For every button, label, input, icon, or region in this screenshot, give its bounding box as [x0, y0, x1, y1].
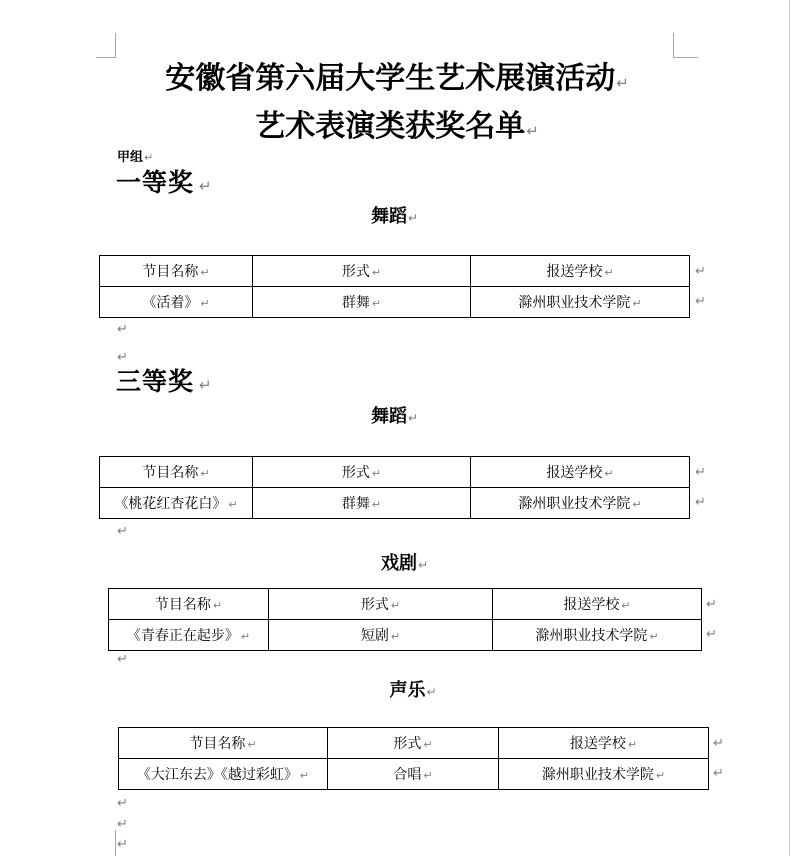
paragraph-mark: ↵: [241, 630, 250, 643]
cell-text: 群舞: [342, 296, 370, 311]
empty-paragraph-mark: ↵: [117, 322, 128, 336]
paragraph-mark: ↵: [628, 738, 637, 751]
paragraph-mark: ↵: [200, 266, 209, 279]
row-end-mark: ↵: [695, 495, 706, 509]
award-table-vocal-third-prize: 节目名称↵ 形式↵ 报送学校↵ 《大江东去》《越过彩虹》↵ 合唱↵ 滁州职业技术…: [118, 727, 709, 790]
category-heading-drama: 戏剧↵: [108, 553, 701, 575]
paragraph-mark: ↵: [372, 498, 381, 511]
document-title-line-1: 安徽省第六届大学生艺术展演活动↵: [115, 57, 679, 105]
table-header-cell: 形式↵: [253, 256, 471, 287]
table-cell: 合唱↵: [328, 759, 499, 790]
cell-text: 滁州职业技术学院: [518, 296, 630, 311]
cell-text: 《桃花红杏花白》: [114, 497, 226, 512]
table-cell: 滁州职业技术学院↵: [471, 287, 690, 318]
category-heading-text: 戏剧: [381, 553, 417, 573]
empty-paragraph-mark: ↵: [117, 837, 128, 851]
table-header-cell: 报送学校↵: [471, 457, 690, 488]
header-cell-text: 形式: [361, 598, 389, 613]
table-row: 《活着》↵ 群舞↵ 滁州职业技术学院↵: [100, 287, 690, 318]
table-header-cell: 节目名称↵: [109, 589, 269, 620]
empty-paragraph-mark: ↵: [117, 817, 128, 831]
page-edge-line: [789, 0, 790, 856]
paragraph-mark: ↵: [247, 738, 256, 751]
group-label: 甲组↵: [117, 149, 153, 165]
table-cell: 滁州职业技术学院↵: [471, 488, 690, 519]
category-heading-dance: 舞蹈↵: [99, 406, 690, 428]
paragraph-mark: ↵: [526, 122, 539, 140]
paragraph-mark: ↵: [604, 467, 613, 480]
row-end-mark: ↵: [706, 597, 717, 611]
table-cell: 《活着》↵: [100, 287, 253, 318]
award-heading-first-prize: 一等奖↵: [116, 170, 212, 200]
paragraph-mark: ↵: [372, 297, 381, 310]
table-cell: 滁州职业技术学院↵: [499, 759, 709, 790]
award-heading-third-prize: 三等奖↵: [116, 369, 212, 399]
empty-paragraph-mark: ↵: [117, 796, 128, 810]
table-header-cell: 节目名称↵: [100, 457, 253, 488]
cell-text: 《青春正在起步》: [127, 629, 239, 644]
category-heading-dance: 舞蹈↵: [99, 206, 690, 228]
category-heading-text: 舞蹈: [371, 206, 407, 226]
table-cell: 滁州职业技术学院↵: [493, 620, 702, 651]
empty-paragraph-mark: ↵: [117, 524, 128, 538]
header-cell-text: 报送学校: [563, 598, 619, 613]
award-label-text: 一等奖: [116, 169, 194, 197]
award-table-drama-third-prize: 节目名称↵ 形式↵ 报送学校↵ 《青春正在起步》↵ 短剧↵ 滁州职业技术学院↵: [108, 588, 702, 651]
table-row: 《桃花红杏花白》↵ 群舞↵ 滁州职业技术学院↵: [100, 488, 690, 519]
header-cell-text: 节目名称: [155, 598, 211, 613]
paragraph-mark: ↵: [423, 738, 432, 751]
table-row: 《青春正在起步》↵ 短剧↵ 滁州职业技术学院↵: [109, 620, 702, 651]
table-header-row: 节目名称↵ 形式↵ 报送学校↵: [100, 457, 690, 488]
paragraph-mark: ↵: [621, 599, 630, 612]
group-label-text: 甲组: [117, 149, 143, 164]
header-cell-text: 报送学校: [546, 265, 602, 280]
category-heading-vocal: 声乐↵: [118, 680, 708, 702]
table-header-cell: 形式↵: [328, 728, 499, 759]
table-header-cell: 节目名称↵: [119, 728, 328, 759]
table-row: 《大江东去》《越过彩虹》↵ 合唱↵ 滁州职业技术学院↵: [119, 759, 709, 790]
header-cell-text: 形式: [342, 466, 370, 481]
header-cell-text: 节目名称: [189, 737, 245, 752]
paragraph-mark: ↵: [656, 769, 665, 782]
paragraph-mark: ↵: [632, 498, 641, 511]
header-cell-text: 形式: [342, 265, 370, 280]
table-header-row: 节目名称↵ 形式↵ 报送学校↵: [100, 256, 690, 287]
table-header-row: 节目名称↵ 形式↵ 报送学校↵: [109, 589, 702, 620]
cell-text: 滁州职业技术学院: [542, 768, 654, 783]
cell-text: 群舞: [342, 497, 370, 512]
empty-paragraph-mark: ↵: [117, 652, 128, 666]
cell-text: 《活着》: [142, 296, 198, 311]
paragraph-mark: ↵: [604, 266, 613, 279]
paragraph-mark: ↵: [372, 467, 381, 480]
paragraph-mark: ↵: [649, 630, 658, 643]
table-cell: 《青春正在起步》↵: [109, 620, 269, 651]
table-cell: 群舞↵: [253, 488, 471, 519]
paragraph-mark: ↵: [423, 769, 432, 782]
row-end-mark: ↵: [695, 264, 706, 278]
table-header-cell: 报送学校↵: [493, 589, 702, 620]
crop-mark-top-right: [673, 33, 698, 58]
header-cell-text: 报送学校: [570, 737, 626, 752]
cell-text: 短剧: [361, 629, 389, 644]
cell-text: 《大江东去》《越过彩虹》: [137, 768, 298, 783]
table-header-cell: 报送学校↵: [471, 256, 690, 287]
paragraph-mark: ↵: [200, 297, 209, 310]
paragraph-mark: ↵: [632, 297, 641, 310]
document-title: 安徽省第六届大学生艺术展演活动↵ 艺术表演类获奖名单↵: [115, 57, 679, 153]
paragraph-mark: ↵: [616, 74, 629, 92]
category-heading-text: 声乐: [389, 680, 425, 700]
header-cell-text: 形式: [393, 737, 421, 752]
row-end-mark: ↵: [713, 766, 724, 780]
paragraph-mark: ↵: [228, 498, 237, 511]
row-end-mark: ↵: [695, 294, 706, 308]
paragraph-mark: ↵: [300, 769, 309, 782]
paragraph-mark: ↵: [372, 266, 381, 279]
header-cell-text: 节目名称: [142, 466, 198, 481]
table-header-cell: 报送学校↵: [499, 728, 709, 759]
title-text: 安徽省第六届大学生艺术展演活动: [165, 62, 615, 95]
table-header-row: 节目名称↵ 形式↵ 报送学校↵: [119, 728, 709, 759]
paragraph-mark: ↵: [418, 558, 428, 572]
award-table-dance-first-prize: 节目名称↵ 形式↵ 报送学校↵ 《活着》↵ 群舞↵ 滁州职业技术学院↵: [99, 255, 690, 318]
document-title-line-2: 艺术表演类获奖名单↵: [115, 105, 679, 153]
paragraph-mark: ↵: [199, 376, 212, 394]
paragraph-mark: ↵: [408, 411, 418, 425]
category-heading-text: 舞蹈: [371, 406, 407, 426]
table-cell: 群舞↵: [253, 287, 471, 318]
paragraph-mark: ↵: [426, 685, 436, 699]
paragraph-mark: ↵: [408, 211, 418, 225]
paragraph-mark: ↵: [213, 599, 222, 612]
row-end-mark: ↵: [713, 736, 724, 750]
paragraph-mark: ↵: [200, 467, 209, 480]
document-page[interactable]: 安徽省第六届大学生艺术展演活动↵ 艺术表演类获奖名单↵ 甲组↵ 一等奖↵ 舞蹈↵…: [0, 0, 794, 856]
paragraph-mark: ↵: [144, 151, 153, 164]
table-cell: 《桃花红杏花白》↵: [100, 488, 253, 519]
table-header-cell: 形式↵: [253, 457, 471, 488]
title-text: 艺术表演类获奖名单: [255, 110, 525, 143]
empty-paragraph-mark: ↵: [117, 350, 128, 364]
table-cell: 《大江东去》《越过彩虹》↵: [119, 759, 328, 790]
table-cell: 短剧↵: [269, 620, 493, 651]
cell-text: 滁州职业技术学院: [518, 497, 630, 512]
crop-mark-top-left: [96, 33, 116, 58]
paragraph-mark: ↵: [391, 630, 400, 643]
award-label-text: 三等奖: [116, 368, 194, 396]
award-table-dance-third-prize: 节目名称↵ 形式↵ 报送学校↵ 《桃花红杏花白》↵ 群舞↵ 滁州职业技术学院↵: [99, 456, 690, 519]
header-cell-text: 报送学校: [546, 466, 602, 481]
cell-text: 滁州职业技术学院: [535, 629, 647, 644]
header-cell-text: 节目名称: [142, 265, 198, 280]
table-header-cell: 节目名称↵: [100, 256, 253, 287]
row-end-mark: ↵: [706, 627, 717, 641]
table-header-cell: 形式↵: [269, 589, 493, 620]
paragraph-mark: ↵: [199, 177, 212, 195]
row-end-mark: ↵: [695, 465, 706, 479]
paragraph-mark: ↵: [391, 599, 400, 612]
cell-text: 合唱: [393, 768, 421, 783]
